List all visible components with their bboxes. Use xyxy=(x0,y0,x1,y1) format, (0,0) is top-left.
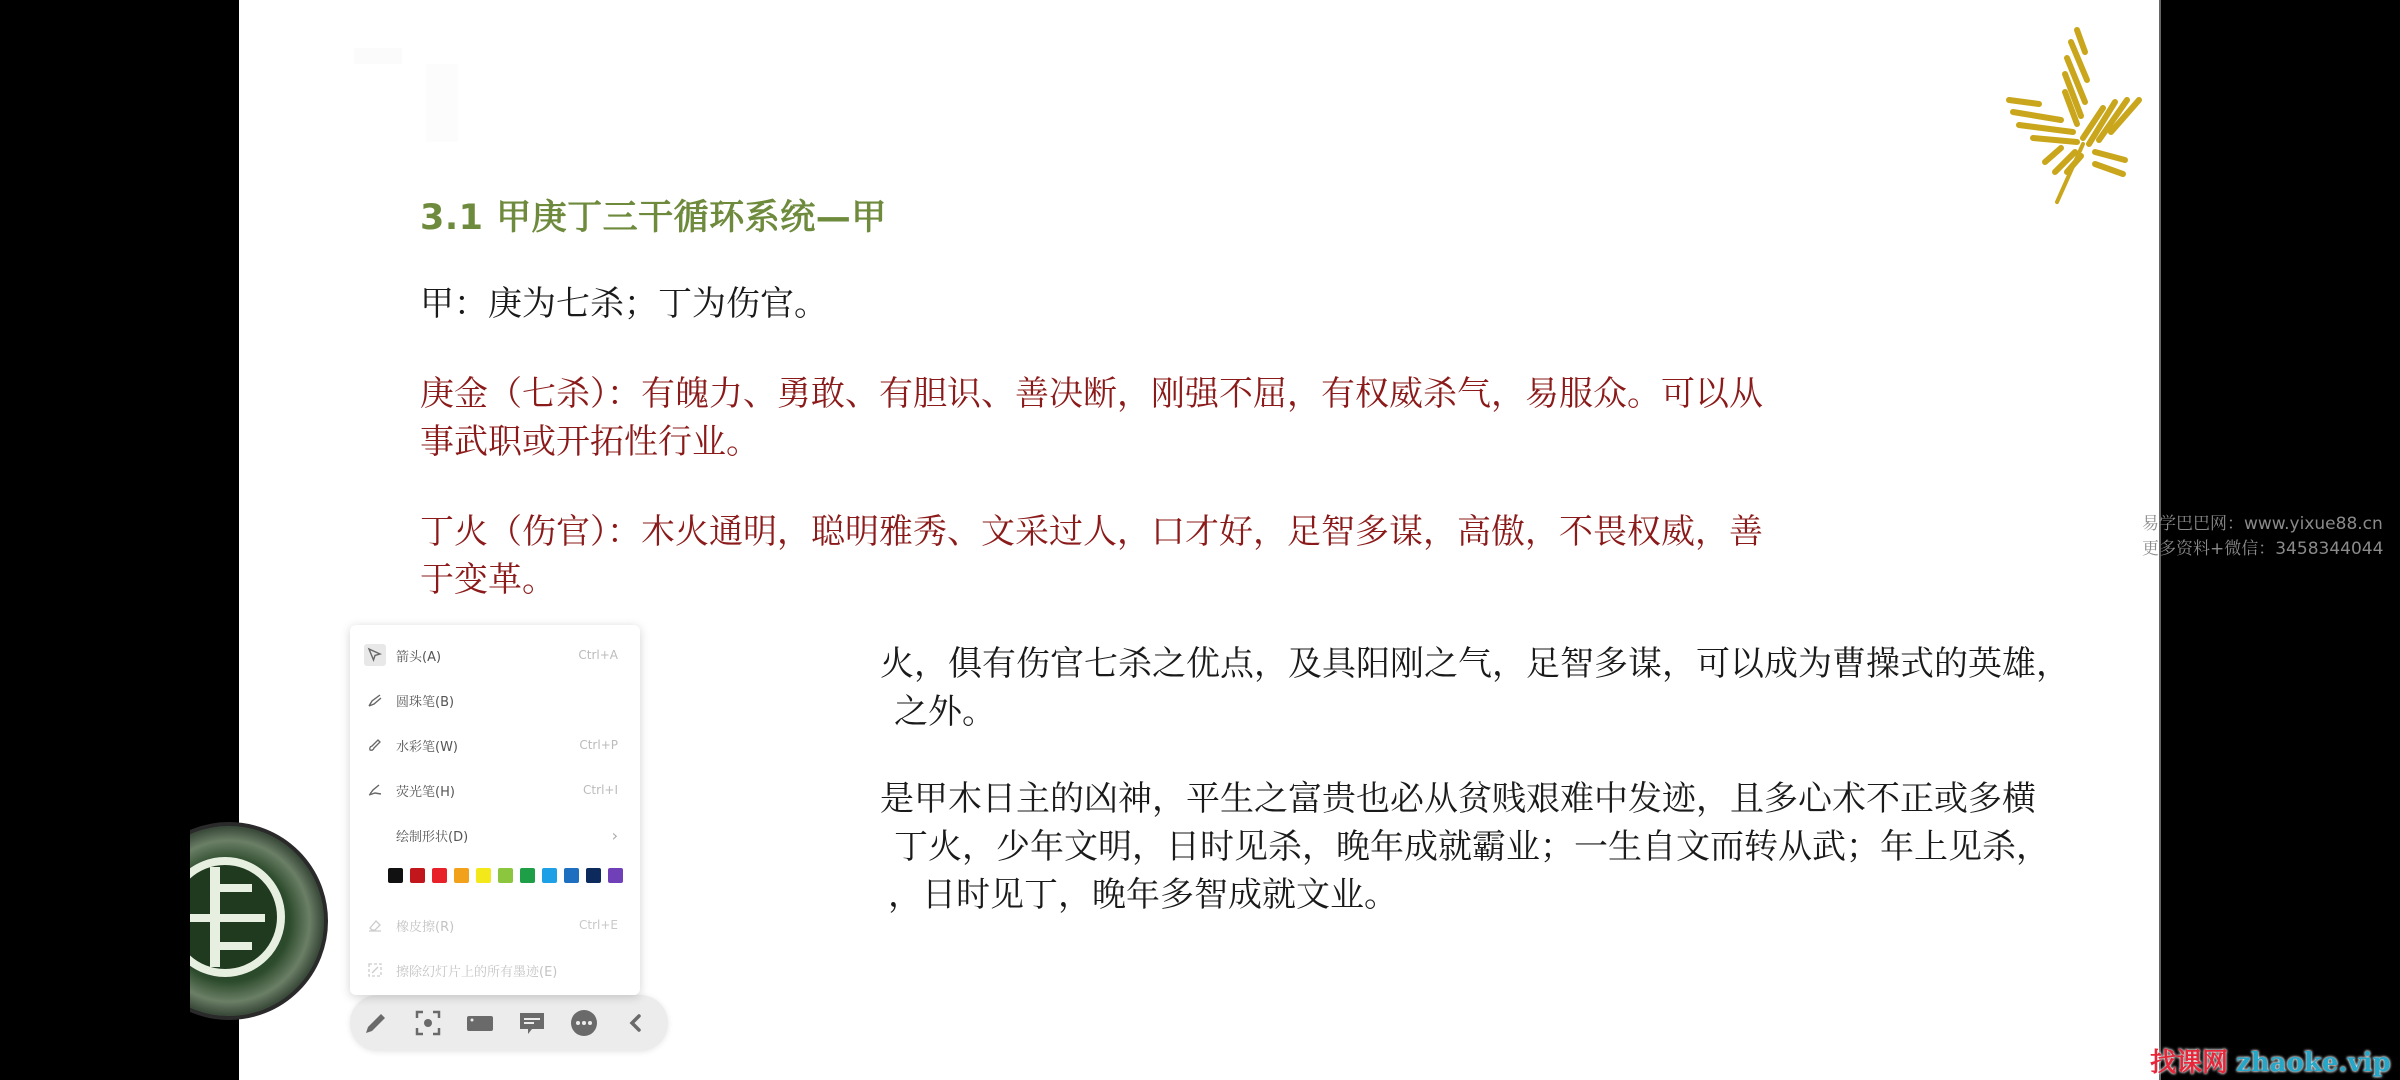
menu-item-ballpoint-pen[interactable]: 圆珠笔(B) xyxy=(350,680,640,720)
menu-item-shortcut: Ctrl+I xyxy=(583,783,618,797)
color-swatch-dark-red[interactable] xyxy=(410,868,425,883)
zoom-button[interactable] xyxy=(402,995,454,1051)
eraser-icon xyxy=(364,914,386,936)
menu-item-erase-all-ink[interactable]: 擦除幻灯片上的所有墨迹(E) xyxy=(350,950,640,990)
text-line: 甲：庚为七杀；丁为伤官。 xyxy=(420,280,828,328)
menu-item-eraser[interactable]: 橡皮擦(R) Ctrl+E xyxy=(350,905,640,945)
text-line: 于变革。 xyxy=(420,556,1763,604)
medallion-ornament-icon xyxy=(190,822,350,1072)
text-line: 事武职或开拓性行业。 xyxy=(420,418,1763,466)
menu-item-shortcut: Ctrl+A xyxy=(578,648,618,662)
color-swatch-blue[interactable] xyxy=(564,868,579,883)
text-line: ，日时见丁，晚年多智成就文业。 xyxy=(888,871,2050,919)
menu-item-shortcut: Ctrl+E xyxy=(579,918,618,932)
arrow-pointer-icon xyxy=(364,644,386,666)
color-swatch-red[interactable] xyxy=(432,868,447,883)
color-swatch-green[interactable] xyxy=(520,868,535,883)
faint-artifact xyxy=(354,48,402,64)
menu-item-label: 擦除幻灯片上的所有墨迹(E) xyxy=(396,961,640,980)
menu-item-label: 水彩笔(W) xyxy=(396,736,579,755)
chevron-right-icon: › xyxy=(612,826,618,845)
text-line: 丁火（伤官）：木火通明，聪明雅秀、文采过人，口才好，足智多谋，高傲，不畏权威，善 xyxy=(420,508,1763,556)
pen-tool-button[interactable] xyxy=(350,995,402,1051)
collapse-button[interactable] xyxy=(610,995,662,1051)
presenter-toolbar xyxy=(350,995,668,1051)
menu-item-watercolor-pen[interactable]: 水彩笔(W) Ctrl+P xyxy=(350,725,640,765)
color-swatch-light-green[interactable] xyxy=(498,868,513,883)
color-swatch-light-blue[interactable] xyxy=(542,868,557,883)
text-line: 之外。 xyxy=(894,688,2070,736)
erase-all-icon xyxy=(364,959,386,981)
text-line: 丁火，少年文明，日时见杀，晚年成就霸业；一生自文而转从武；年上见杀， xyxy=(894,823,2050,871)
watercolor-pen-icon xyxy=(364,734,386,756)
more-options-button[interactable] xyxy=(558,995,610,1051)
menu-item-label: 绘制形状(D) xyxy=(350,826,612,845)
menu-item-label: 箭头(A) xyxy=(396,646,578,665)
paragraph-fortune: 是甲木日主的凶神，平生之富贵也必从贫贱艰难中发迹，且多心术不正或多横 丁火，少年… xyxy=(880,775,2050,919)
menu-item-label: 橡皮擦(R) xyxy=(396,916,579,935)
color-swatch-yellow[interactable] xyxy=(476,868,491,883)
watermark-brand: 找课网zhaoke.vip xyxy=(2150,1042,2391,1079)
watermark-line: 易学巴巴网：www.yixue88.cn xyxy=(2142,512,2383,537)
slide-title: 3.1 甲庚丁三干循环系统—甲 xyxy=(420,190,887,240)
paragraph-intro: 甲：庚为七杀；丁为伤官。 xyxy=(420,280,828,328)
menu-item-label: 荧光笔(H) xyxy=(396,781,583,800)
gold-leaf-logo-icon xyxy=(1999,12,2149,207)
color-swatch-black[interactable] xyxy=(388,868,403,883)
subtitles-icon xyxy=(517,1008,547,1038)
ballpoint-pen-icon xyxy=(364,689,386,711)
pen-context-menu: 箭头(A) Ctrl+A 圆珠笔(B) 水彩笔(W) Ctrl+P 荧光笔(H)… xyxy=(350,625,640,995)
highlighter-icon xyxy=(364,779,386,801)
text-line: 火，俱有伤官七杀之优点，及具阳刚之气，足智多谋，可以成为曹操式的英雄， xyxy=(880,640,2070,688)
color-swatch-navy[interactable] xyxy=(586,868,601,883)
paragraph-geng-metal: 庚金（七杀）：有魄力、勇敢、有胆识、善决断，刚强不屈，有权威杀气，易服众。可以从… xyxy=(420,370,1763,466)
watermark-brand-en: zhaoke.vip xyxy=(2236,1048,2391,1078)
menu-item-arrow[interactable]: 箭头(A) Ctrl+A xyxy=(350,635,640,675)
text-line: 庚金（七杀）：有魄力、勇敢、有胆识、善决断，刚强不屈，有权威杀气，易服众。可以从 xyxy=(420,370,1763,418)
subtitles-button[interactable] xyxy=(506,995,558,1051)
menu-item-highlighter[interactable]: 荧光笔(H) Ctrl+I xyxy=(350,770,640,810)
watermark-line: 更多资料+微信：3458344044 xyxy=(2142,537,2383,562)
chevron-left-icon xyxy=(621,1008,651,1038)
paragraph-ding-fire: 丁火（伤官）：木火通明，聪明雅秀、文采过人，口才好，足智多谋，高傲，不畏权威，善… xyxy=(420,508,1763,604)
magnifier-frame-icon xyxy=(413,1008,443,1038)
watermark-text: 易学巴巴网：www.yixue88.cn 更多资料+微信：3458344044 xyxy=(2142,512,2383,562)
camera-button[interactable] xyxy=(454,995,506,1051)
menu-item-shortcut: Ctrl+P xyxy=(579,738,618,752)
more-icon xyxy=(569,1008,599,1038)
color-swatch-purple[interactable] xyxy=(608,868,623,883)
ink-color-palette xyxy=(388,868,623,883)
color-swatch-orange[interactable] xyxy=(454,868,469,883)
pen-icon xyxy=(361,1008,391,1038)
watermark-brand-cn: 找课网 xyxy=(2150,1048,2228,1078)
text-line: 是甲木日主的凶神，平生之富贵也必从贫贱艰难中发迹，且多心术不正或多横 xyxy=(880,775,2050,823)
video-camera-icon xyxy=(465,1008,495,1038)
menu-item-label: 圆珠笔(B) xyxy=(396,691,618,710)
paragraph-combined: 火，俱有伤官七杀之优点，及具阳刚之气，足智多谋，可以成为曹操式的英雄， 之外。 xyxy=(880,640,2070,736)
menu-item-draw-shapes[interactable]: 绘制形状(D) › xyxy=(350,815,640,855)
faint-artifact xyxy=(426,64,458,142)
